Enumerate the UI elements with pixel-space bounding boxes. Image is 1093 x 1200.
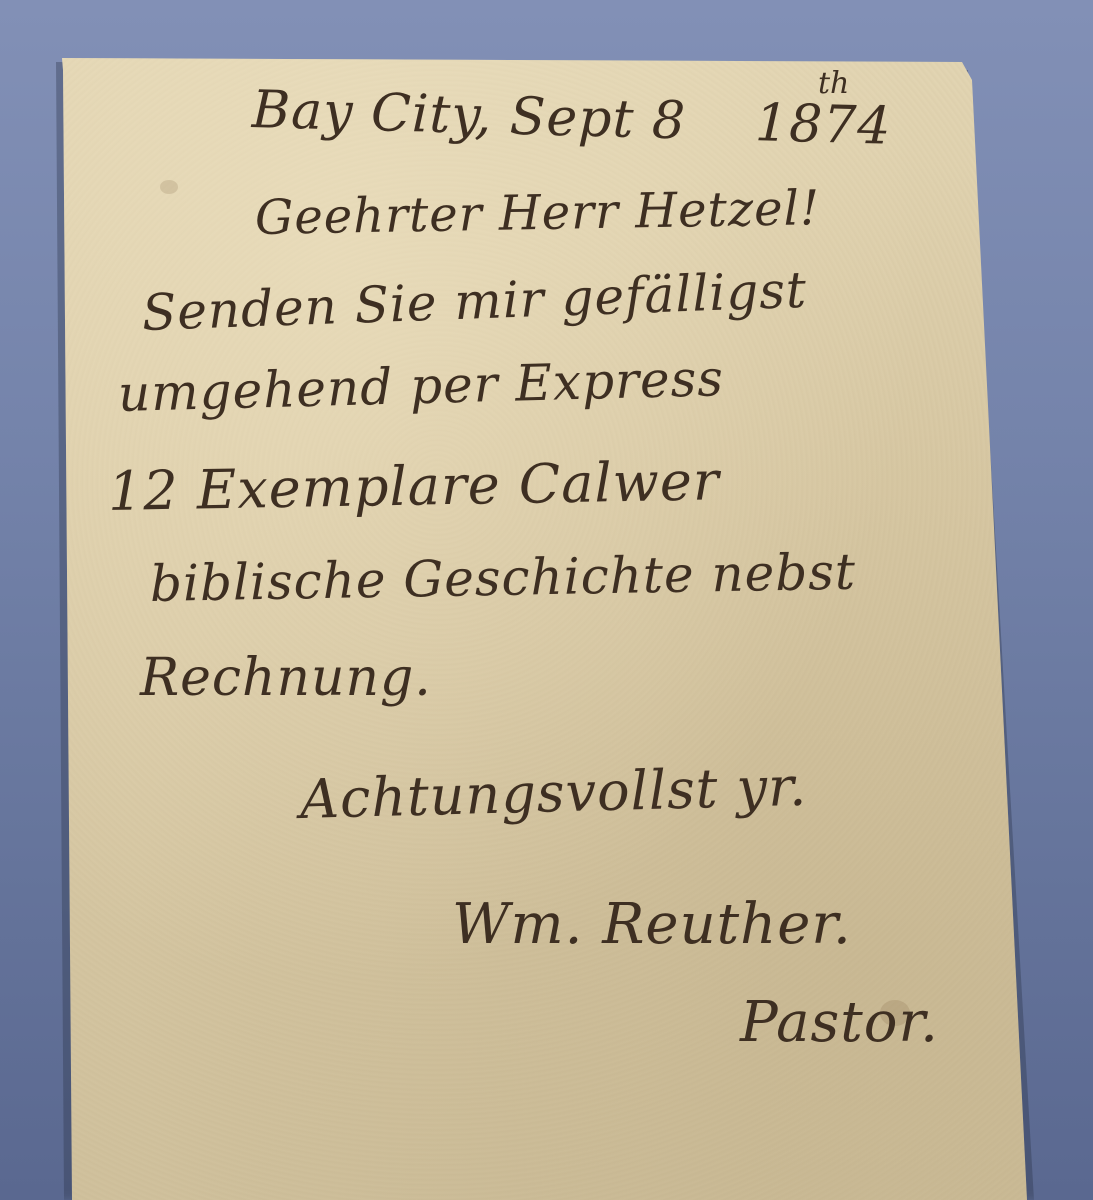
closing: Achtungsvollst yr. <box>299 755 808 831</box>
paper-stain <box>160 180 178 194</box>
date-line: Bay City, Sept 8 1874 <box>251 80 892 157</box>
postcard: Bay City, Sept 8 1874 th Geehrter Herr H… <box>0 0 1093 1200</box>
body-line: umgehend per Express <box>117 349 724 423</box>
body-line: 12 Exemplare Calwer <box>107 449 720 523</box>
place-date: Bay City, Sept 8 <box>251 80 687 151</box>
body-line: Senden Sie mir gefälligst <box>141 261 808 342</box>
date-ordinal: th <box>818 66 849 101</box>
body-line: Rechnung. <box>140 648 432 708</box>
year: 1874 <box>754 93 892 157</box>
signature-title: Pastor. <box>740 990 939 1055</box>
salutation: Geehrter Herr Hetzel! <box>255 180 821 246</box>
body-line: biblische Geschichte nebst <box>149 543 856 613</box>
signature-name: Wm. Reuther. <box>452 892 852 957</box>
